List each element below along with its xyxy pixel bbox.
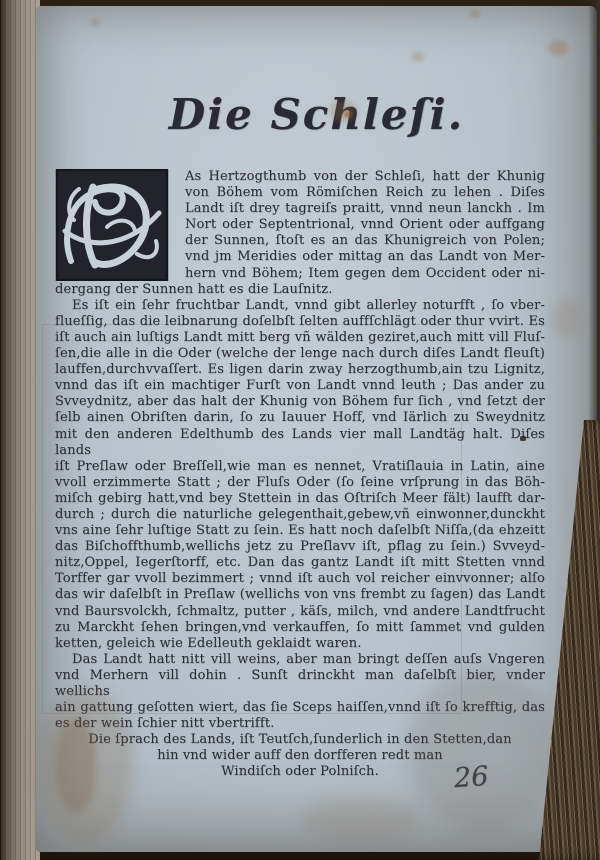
text-line: zu Marckht ſehen bringen,vnd verkauffen,… [55, 620, 545, 636]
text-line: vnd Baursvolckh, ſchmaltz, putter , käſs… [55, 604, 545, 620]
text-line: das wir daſelbſt in Preſlaw (wellichs vo… [55, 587, 545, 603]
drop-cap-initial-icon [55, 169, 185, 281]
text-line: es der wein ſchier nitt vbertrifft. [55, 716, 545, 732]
text-line: Torffer gar vvoll bezimmert ; vnnd iſt a… [55, 571, 545, 587]
text-line: durch ; durch die naturliche gelegenthai… [55, 507, 545, 523]
book-photo: Die Schleſi. As [0, 0, 600, 860]
text-line: iſt Preſlaw oder Breſſell,wie man es nen… [55, 459, 545, 475]
text-line: ſen,die alle in die Oder (welche der len… [55, 346, 545, 362]
text-line: vvoll erzimmerte Statt ; der Fluſs Oder … [55, 475, 545, 491]
text-line: lauffen,durchvvaſſert. Es ligen darin zw… [55, 362, 545, 378]
text-line: mit den anderen Edelthumb des Lands vier… [55, 427, 545, 459]
text-line: vns aine ſehr luſtige Statt zu ſein. Es … [55, 523, 545, 539]
text-line: nitz,Oppel, Iegerſtorff, etc. Dan das ga… [55, 555, 545, 571]
text-line: miſch gebirg hatt,vnd bey Stettein in da… [55, 491, 545, 507]
book-page: Die Schleſi. As [36, 6, 597, 852]
text-line: ain gattung geſotten wiert, das ſie Scep… [55, 700, 545, 716]
text-line: ketten, geleich wie Edelleuth geklaidt w… [55, 636, 545, 652]
text-line: flueſſig, das die leibnarung doſelbſt ſe… [55, 314, 545, 330]
text-line: iſt auch ain luſtigs Landt mitt berg vñ … [55, 330, 545, 346]
text-line: dergang der Sunnen hatt es die Lauſnitz. [55, 282, 545, 298]
text-line: vnd Merhern vill dohin . Sunſt drinckht … [55, 668, 545, 700]
text-line: das Biſchoffthumb,wellichs jetz zu Preſl… [55, 539, 545, 555]
text-line: vnnd das iſt ein machtiger Furſt von Lan… [55, 378, 545, 394]
page-title: Die Schleſi. [36, 90, 597, 139]
text-line: Das Landt hatt nitt vill weins, aber man… [55, 652, 545, 668]
page-number: 26 [453, 761, 489, 794]
book-left-page-edges [0, 0, 40, 860]
text-block: As Hertzogthumb von der Schleſi, hatt de… [55, 169, 545, 781]
text-line: Die ſprach des Lands, iſt Teutſch,ſunder… [55, 732, 545, 748]
text-line: Es iſt ein ſehr fruchtbar Landt, vnnd gi… [55, 298, 545, 314]
text-line: Svveydnitz, aber das halt der Khunig von… [55, 394, 545, 410]
text-line: ſelb ainen Obriſten darin, ſo zu Iauuer … [55, 410, 545, 426]
